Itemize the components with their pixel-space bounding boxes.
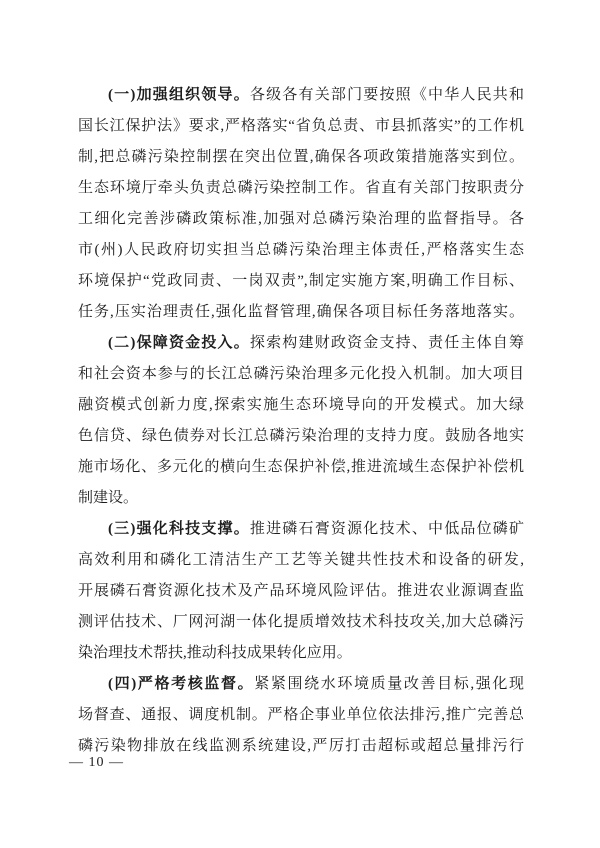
document-page: (一)加强组织领导。各级各有关部门要按照《中华人民共和国长江保护法》要求,严格落… bbox=[0, 0, 600, 848]
text-line: (四)严格考核监督。紧紧围绕水环境质量改善目标,强化现 bbox=[78, 669, 524, 700]
text-line: (一)加强组织领导。各级各有关部门要按照《中华人民共和 bbox=[78, 80, 524, 111]
section-heading: (三)强化科技支撑。 bbox=[108, 521, 250, 537]
text-line: 色信贷、绿色债券对长江总磷污染治理的支持力度。鼓励各地实 bbox=[78, 421, 524, 452]
document-body: (一)加强组织领导。各级各有关部门要按照《中华人民共和国长江保护法》要求,严格落… bbox=[78, 80, 524, 762]
text-line: (三)强化科技支撑。推进磷石膏资源化技术、中低品位磷矿 bbox=[78, 514, 524, 545]
text-line: 制,把总磷污染控制摆在突出位置,确保各项政策措施落实到位。 bbox=[78, 142, 524, 173]
text-line: 和社会资本参与的长江总磷污染治理多元化投入机制。加大项目 bbox=[78, 359, 524, 390]
text-line: 生态环境厅牵头负责总磷污染控制工作。省直有关部门按职责分 bbox=[78, 173, 524, 204]
text-line: (二)保障资金投入。探索构建财政资金支持、责任主体自筹 bbox=[78, 328, 524, 359]
text-line: 测评估技术、厂网河湖一体化提质增效技术科技攻关,加大总磷污 bbox=[78, 607, 524, 638]
text-line: 市(州)人民政府切实担当总磷污染治理主体责任,严格落实生态 bbox=[78, 235, 524, 266]
text-line: 磷污染物排放在线监测系统建设,严厉打击超标或超总量排污行 bbox=[78, 731, 524, 762]
section-heading: (四)严格考核监督。 bbox=[108, 676, 254, 692]
text-line: 高效利用和磷化工清洁生产工艺等关键共性技术和设备的研发, bbox=[78, 545, 524, 576]
text-line: 任务,压实治理责任,强化监督管理,确保各项目标任务落地落实。 bbox=[78, 297, 524, 328]
text-line: 制建设。 bbox=[78, 483, 524, 514]
text-line: 施市场化、多元化的横向生态保护补偿,推进流域生态保护补偿机 bbox=[78, 452, 524, 483]
text-line: 环境保护“党政同责、一岗双责”,制定实施方案,明确工作目标、 bbox=[78, 266, 524, 297]
text-line: 染治理技术帮扶,推动科技成果转化应用。 bbox=[78, 638, 524, 669]
text-line: 融资模式创新力度,探索实施生态环境导向的开发模式。加大绿 bbox=[78, 390, 524, 421]
page-number: — 10 — bbox=[69, 753, 124, 773]
text-line: 场督查、通报、调度机制。严格企事业单位依法排污,推广完善总 bbox=[78, 700, 524, 731]
section-heading: (二)保障资金投入。 bbox=[108, 335, 250, 351]
text-line: 工细化完善涉磷政策标准,加强对总磷污染治理的监督指导。各 bbox=[78, 204, 524, 235]
text-line: 开展磷石膏资源化技术及产品环境风险评估。推进农业源调查监 bbox=[78, 576, 524, 607]
text-line: 国长江保护法》要求,严格落实“省负总责、市县抓落实”的工作机 bbox=[78, 111, 524, 142]
section-heading: (一)加强组织领导。 bbox=[108, 87, 250, 103]
